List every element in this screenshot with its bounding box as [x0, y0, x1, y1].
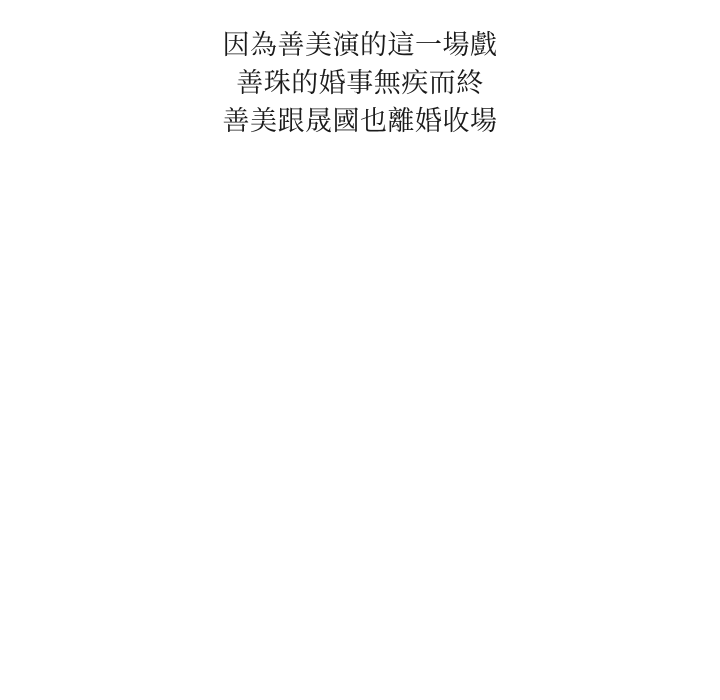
comic-panel: 因為善美演的這一場戲 善珠的婚事無疾而終 善美跟晟國也離婚收場 [0, 0, 720, 700]
caption-line-2: 善珠的婚事無疾而終 [0, 65, 720, 103]
caption-line-3: 善美跟晟國也離婚收場 [0, 103, 720, 141]
narration-caption: 因為善美演的這一場戲 善珠的婚事無疾而終 善美跟晟國也離婚收場 [0, 27, 720, 141]
caption-line-1: 因為善美演的這一場戲 [0, 27, 720, 65]
